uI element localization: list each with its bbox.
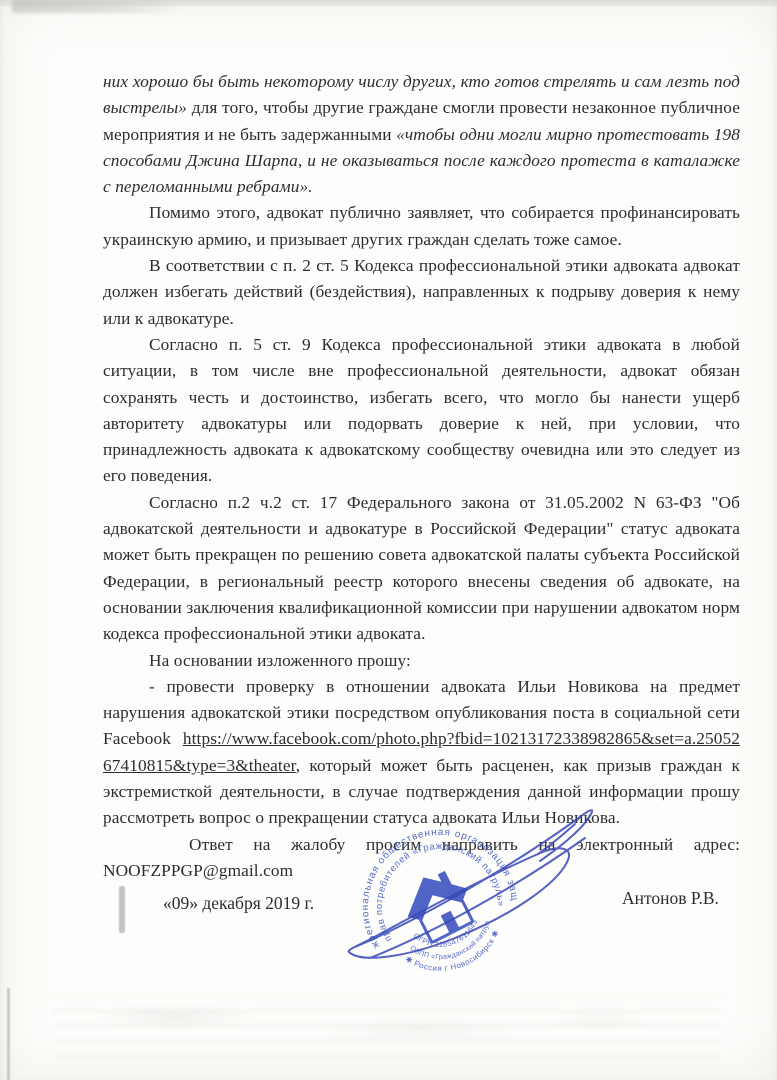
paragraph: В соответствии с п. 2 ст. 5 Кодекса проф… — [103, 253, 740, 332]
text-run: На основании изложенного прошу: — [149, 651, 411, 670]
text-run: В соответствии с п. 2 ст. 5 Кодекса проф… — [103, 256, 740, 328]
date-line: «09» декабря 2019 г. — [163, 893, 314, 914]
paragraph: На основании изложенного прошу: — [103, 648, 740, 674]
scan-edge-left — [7, 988, 10, 1080]
text-run: Согласно п. 5 ст. 9 Кодекса профессионал… — [103, 335, 740, 485]
paragraph: Согласно п.2 ч.2 ст. 17 Федерального зак… — [103, 490, 740, 648]
document-body: них хорошо бы быть некоторому числу друг… — [103, 69, 740, 884]
scan-smudge-topleft — [12, 0, 187, 13]
signer-name: Антонов Р.В. — [622, 888, 719, 909]
paragraph: них хорошо бы быть некоторому числу друг… — [103, 69, 740, 200]
text-run: Согласно п.2 ч.2 ст. 17 Федерального зак… — [103, 493, 740, 643]
scan-fold-mark — [119, 886, 125, 933]
paragraph: Помимо этого, адвокат публично заявляет,… — [103, 200, 740, 253]
paragraph: Согласно п. 5 ст. 9 Кодекса профессионал… — [103, 332, 740, 490]
text-run: Помимо этого, адвокат публично заявляет,… — [103, 203, 740, 248]
scan-edge-top — [0, 0, 777, 6]
